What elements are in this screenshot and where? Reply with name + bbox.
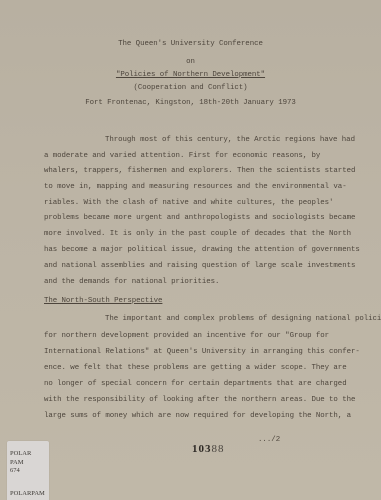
- accession-number: 10388: [192, 443, 225, 455]
- conference-title: "Policies of Northern Development": [0, 71, 381, 79]
- paragraph2-line: for northern development provided an inc…: [44, 332, 329, 340]
- venue-date: Fort Frontenac, Kingston, 18th-20th Janu…: [0, 99, 381, 107]
- paragraph2-line: The important and complex problems of de…: [105, 315, 381, 323]
- label-line-polar: POLAR: [10, 450, 31, 459]
- paragraph1-line: and the demands for national priorities.: [44, 278, 219, 286]
- document-page: The Queen's University Conference on "Po…: [0, 0, 381, 500]
- paragraph1-line: riables. With the clash of native and wh…: [44, 199, 333, 207]
- accession-number-bold: 103: [192, 443, 212, 455]
- page-continuation: .../2: [258, 436, 280, 444]
- paragraph1-line: Through most of this century, the Arctic…: [105, 136, 355, 144]
- paragraph2-line: large sums of money which are now requir…: [44, 412, 351, 420]
- paragraph1-line: and national assemblies and raising ques…: [44, 262, 355, 270]
- conference-subtitle: (Cooperation and Conflict): [0, 84, 381, 92]
- conference-name: The Queen's University Conference: [0, 40, 381, 48]
- paragraph1-line: a moderate and varied attention. First f…: [44, 152, 320, 160]
- library-call-label: POLAR PAM 674 POLARPAM: [7, 441, 49, 500]
- paragraph2-line: International Relations" at Queen's Univ…: [44, 348, 360, 356]
- paragraph2-line: with the responsibility of looking after…: [44, 396, 355, 404]
- label-line-collection: POLARPAM: [10, 490, 45, 499]
- accession-number-light: 88: [212, 443, 225, 455]
- paragraph1-line: has become a major political issue, draw…: [44, 246, 360, 254]
- label-line-pam: PAM: [10, 459, 24, 468]
- paragraph1-line: whalers, trappers, fishermen and explore…: [44, 167, 355, 175]
- paragraph1-line: problems became more urgent and anthropo…: [44, 214, 355, 222]
- conference-on: on: [0, 58, 381, 66]
- paragraph1-line: to move in, mapping and measuring resour…: [44, 183, 347, 191]
- paragraph2-line: ence. we felt that these problems are ge…: [44, 364, 347, 372]
- paragraph1-line: more involved. It is only in the past co…: [44, 230, 351, 238]
- paragraph2-line: no longer of special concern for certain…: [44, 380, 347, 388]
- label-line-number: 674: [10, 467, 20, 476]
- section-heading: The North-South Perspective: [44, 297, 162, 305]
